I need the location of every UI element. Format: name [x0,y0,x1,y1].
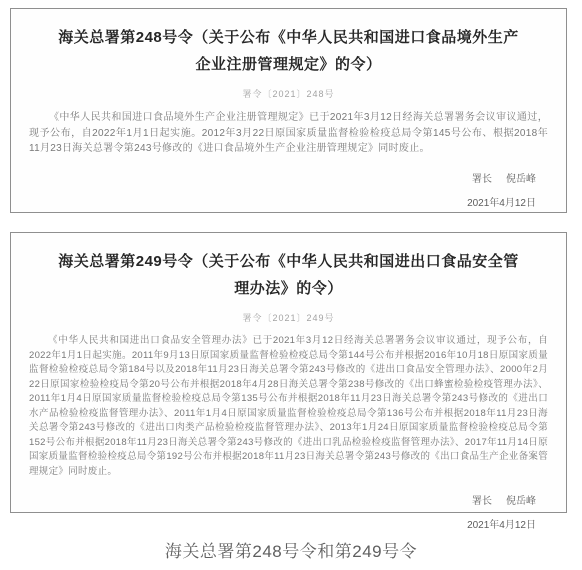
decree-signature: 署长倪岳峰 [11,170,536,185]
signer-name: 倪岳峰 [506,496,536,507]
signer-title: 署长 [472,174,492,185]
signer-name: 倪岳峰 [506,174,536,185]
decree-date: 2021年4月12日 [11,516,536,531]
decree-title: 海关总署第248号令（关于公布《中华人民共和国进口食品境外生产企业注册管理规定》… [53,24,524,78]
decree-number: 署令〔2021〕248号 [11,87,566,100]
decree-signature: 署长倪岳峰 [11,492,536,507]
decree-body-text: 《中华人民共和国进出口食品安全管理办法》已于2021年3月12日经海关总署署务会… [29,334,548,479]
decree-card-249: 海关总署第249号令（关于公布《中华人民共和国进出口食品安全管理办法》的令） 署… [10,232,567,513]
decree-body-text: 《中华人民共和国进口食品境外生产企业注册管理规定》已于2021年3月12日经海关… [29,110,548,157]
decree-number: 署令〔2021〕249号 [11,311,566,324]
signer-title: 署长 [472,496,492,507]
decree-title: 海关总署第249号令（关于公布《中华人民共和国进出口食品安全管理办法》的令） [53,248,524,302]
decree-card-248: 海关总署第248号令（关于公布《中华人民共和国进口食品境外生产企业注册管理规定》… [10,8,567,213]
image-caption: 海关总署第248号令和第249号令 [0,537,582,562]
decree-date: 2021年4月12日 [11,194,536,209]
